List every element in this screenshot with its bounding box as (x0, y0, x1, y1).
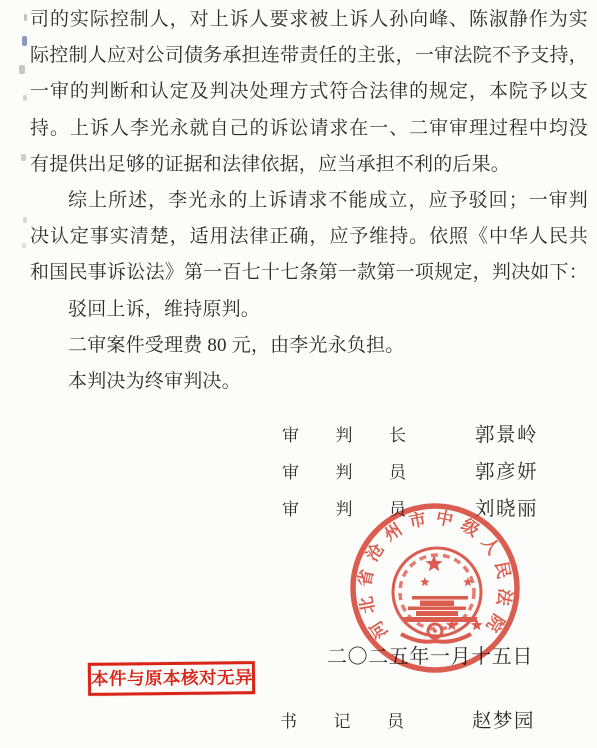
body-line: 持。上诉人李光永就自己的诉讼请求在一、二审审理过程中均没 (30, 111, 588, 147)
scan-artifact (22, 36, 27, 46)
judgment-page: 司的实际控制人，对上诉人要求被上诉人孙向峰、陈淑静作为实 际控制人应对公司债务承… (0, 0, 597, 748)
body-line: 本判决为终审判决。 (30, 364, 588, 400)
body-line: 决认定事实清楚，适用法律正确，应予维持。依照《中华人民共 (30, 219, 588, 255)
body-line: 综上所述，李光永的上诉请求不能成立，应予驳回；一审判 (30, 183, 588, 219)
scan-artifact (19, 65, 25, 74)
clerk-row: 书记员 赵梦园 (280, 710, 560, 734)
body-line: 际控制人应对公司债务承担连带责任的主张，一审法院不予支持， (30, 38, 588, 74)
verification-stamp-text: 本件与原本核对无异 (91, 667, 253, 689)
clerk-name: 赵梦园 (472, 710, 535, 734)
body-line: 司的实际控制人，对上诉人要求被上诉人孙向峰、陈淑静作为实 (30, 2, 588, 38)
judgment-body: 司的实际控制人，对上诉人要求被上诉人孙向峰、陈淑静作为实 际控制人应对公司债务承… (30, 2, 588, 400)
national-emblem-icon (393, 548, 483, 642)
judge-row: 审判员 郭彦妍 (282, 461, 562, 485)
judge-name: 郭彦妍 (475, 461, 538, 485)
scan-artifact (22, 243, 26, 248)
body-line: 驳回上诉，维持原判。 (30, 292, 588, 328)
scan-artifact (23, 95, 27, 101)
verification-stamp: 本件与原本核对无异 (88, 661, 255, 696)
body-line: 一审的判断和认定及判决处理方式符合法律的规定，本院予以支 (30, 74, 588, 110)
presiding-judge-row: 审判长 郭景岭 (282, 424, 562, 448)
clerk-role-label: 书记员 (280, 712, 441, 731)
seal-outer-ring (353, 506, 517, 670)
scan-artifact (23, 217, 27, 223)
judge-role-label: 审判员 (282, 463, 443, 482)
scan-artifact (21, 154, 26, 161)
body-line: 有提供出足够的证据和法律依据，应当承担不利的后果。 (30, 147, 588, 183)
judge-role-label: 审判长 (282, 426, 443, 445)
scan-artifact (24, 14, 27, 21)
body-line: 二审案件受理费 80 元，由李光永负担。 (30, 328, 588, 364)
body-line: 和国民事诉讼法》第一百七十七条第一款第一项规定，判决如下： (30, 255, 588, 291)
judge-name: 郭景岭 (475, 424, 538, 448)
court-seal: 河北省沧州市中级人民法院 (335, 488, 535, 688)
